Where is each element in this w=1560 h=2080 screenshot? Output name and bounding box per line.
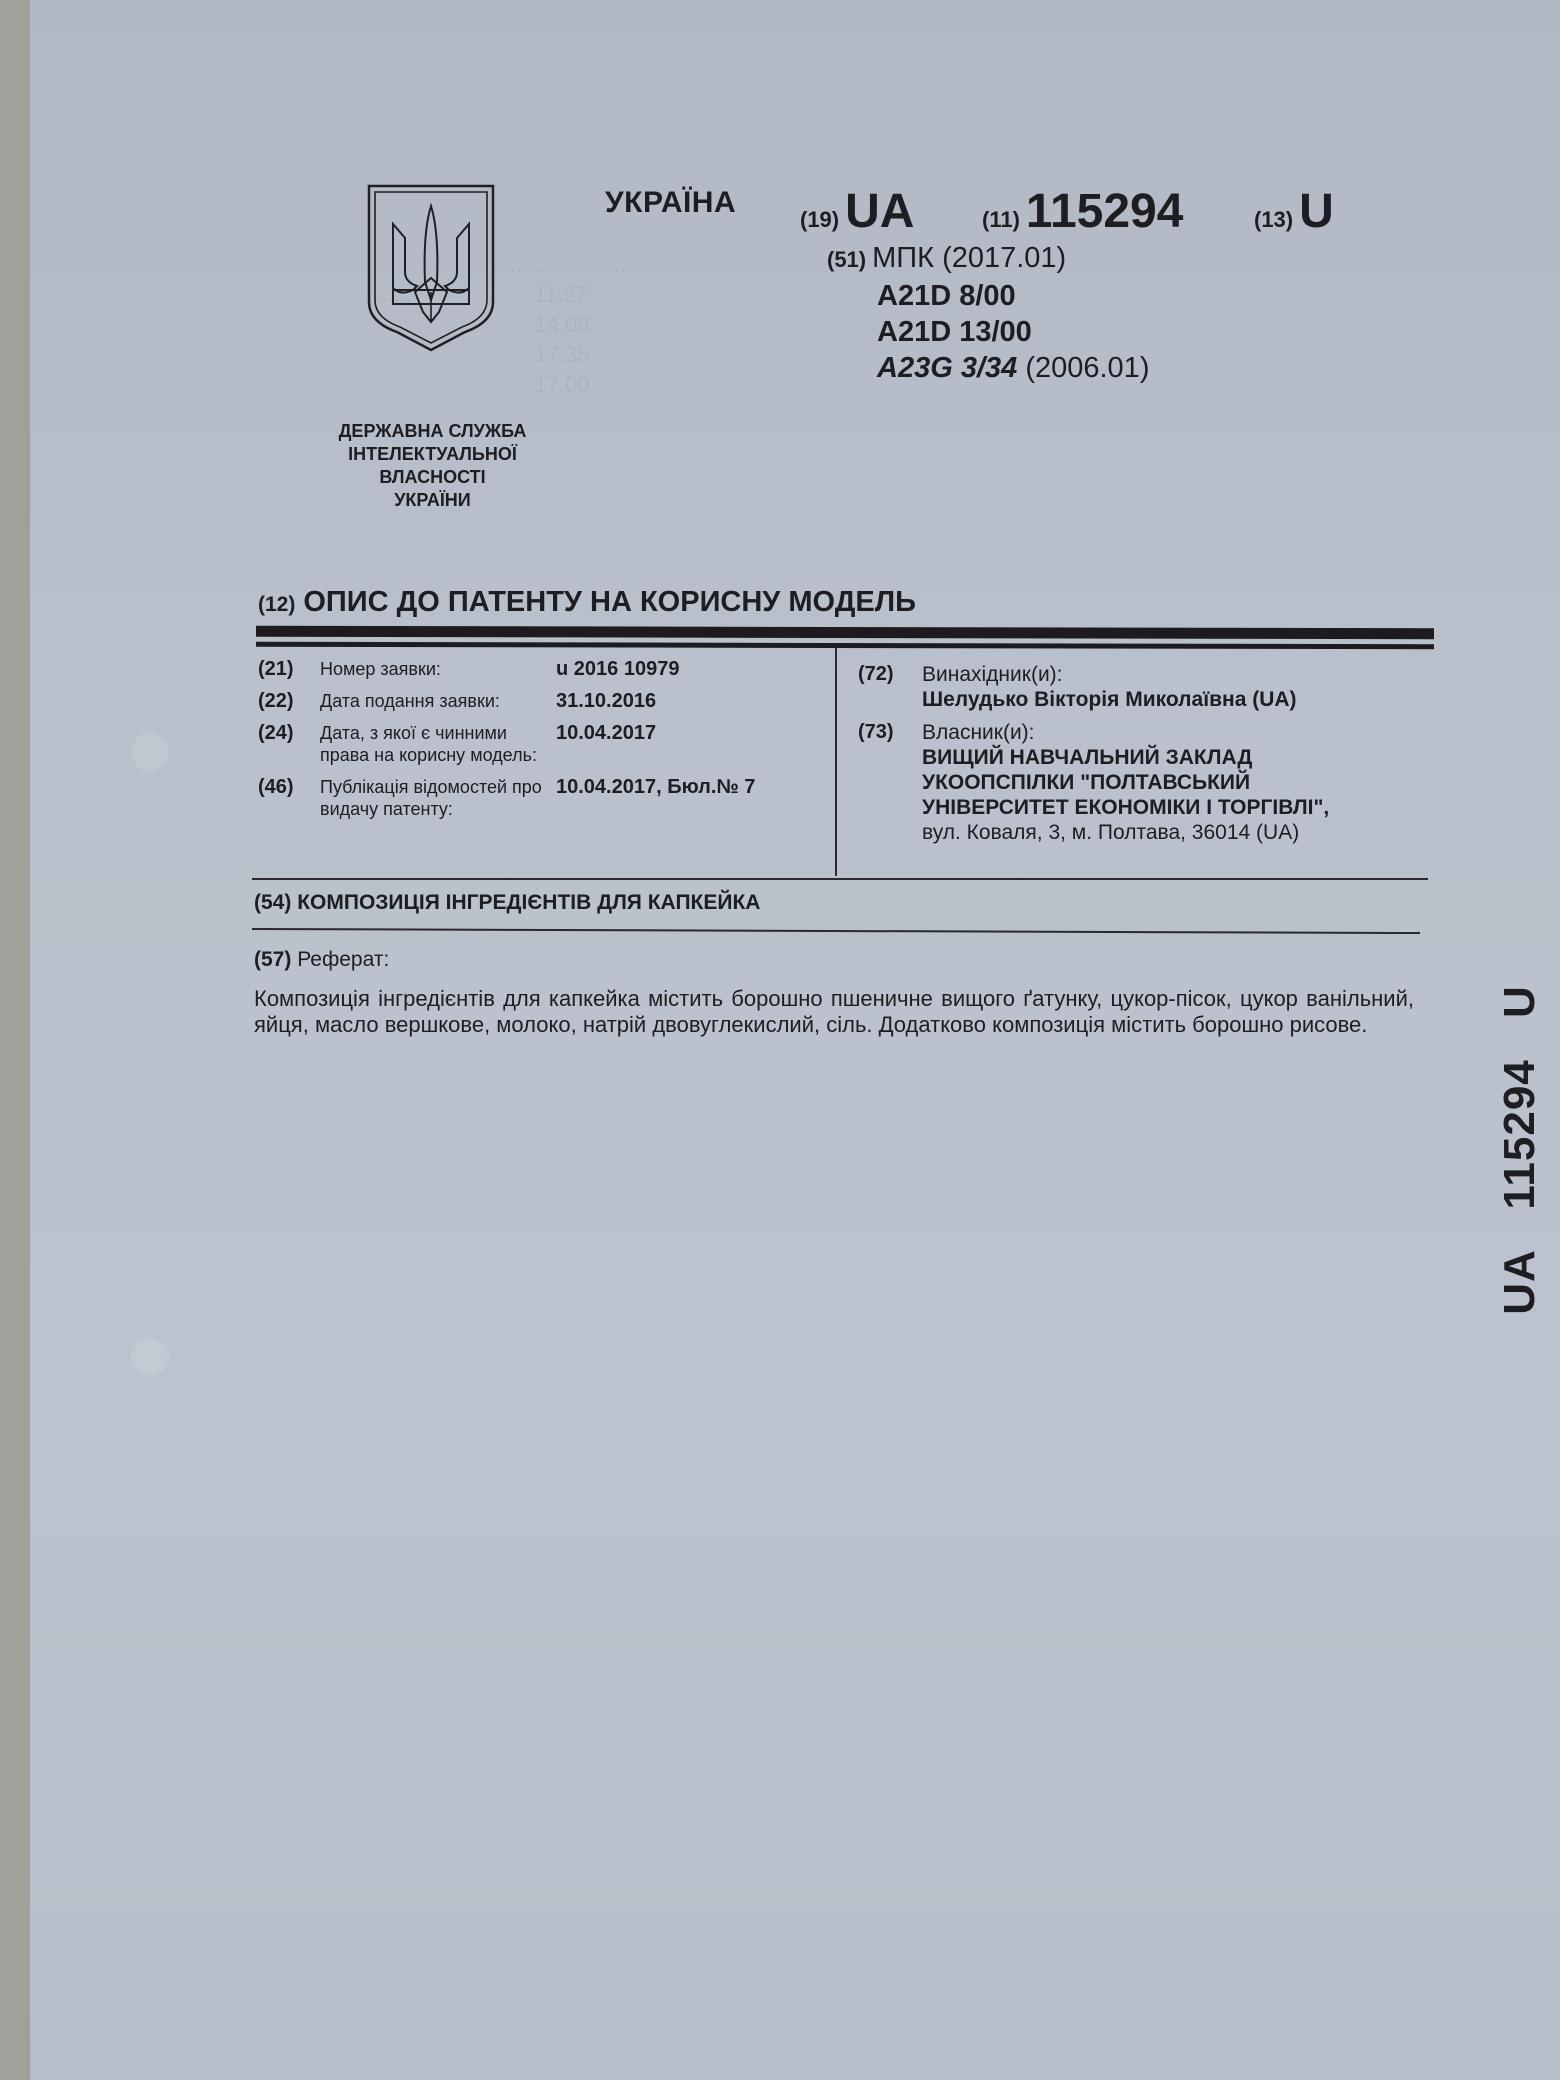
office-name-line: ВЛАСНОСТІ (300, 466, 565, 489)
field-label: Номер заявки: (320, 658, 548, 680)
abstract-text: Композиція інгредієнтів для капкейка міс… (254, 986, 1414, 1038)
ipc-version: (2006.01) (1025, 352, 1149, 384)
inid-12: (12) (258, 593, 295, 617)
country-code-value: UA (845, 184, 914, 239)
country-code: (19) UA (800, 184, 914, 239)
inid-21: (21) (258, 658, 320, 680)
divider (252, 928, 1420, 934)
patent-page: . ........... ...... ...... 11,27 14,08 … (30, 0, 1560, 2080)
inid-57: (57) (254, 948, 291, 971)
effective-date-row: (24) Дата, з якої є чинними права на кор… (258, 722, 828, 766)
owners-label: Власник(и): (922, 720, 1438, 745)
divider-thin (256, 642, 1434, 649)
ipc-code: A21D 13/00 (877, 316, 1032, 348)
tryzub-coat-of-arms-icon (365, 182, 497, 354)
inid-13: (13) (1254, 207, 1293, 233)
owner-name-line: ВИЩИЙ НАВЧАЛЬНИЙ ЗАКЛАД (922, 745, 1438, 770)
title-text: КОМПОЗИЦІЯ ІНГРЕДІЄНТІВ ДЛЯ КАПКЕЙКА (297, 891, 760, 914)
inid-73: (73) (858, 720, 922, 845)
ipc-code: A21D 8/00 (877, 280, 1016, 312)
inid-72: (72) (858, 662, 922, 712)
abstract-heading: (57) Реферат: (254, 948, 389, 972)
inid-22: (22) (258, 690, 320, 712)
kind-code: (13) U (1254, 184, 1334, 239)
ipc-class: A21D 13/00 (827, 314, 1149, 350)
field-value: 31.10.2016 (548, 690, 828, 712)
divider (252, 878, 1428, 880)
ipc-label: МПК (2017.01) (872, 242, 1066, 274)
publication-date-row: (46) Публікація відомостей про видачу па… (258, 776, 828, 820)
owner-name-line: УНІВЕРСИТЕТ ЕКОНОМІКИ І ТОРГІВЛІ", (922, 795, 1438, 820)
patent-number-value: 115294 (1026, 184, 1184, 239)
field-value: 10.04.2017 (548, 722, 828, 766)
utility-model-title: (54) КОМПОЗИЦІЯ ІНГРЕДІЄНТІВ ДЛЯ КАПКЕЙК… (254, 891, 760, 915)
inventor-name: Шелудько Вікторія Миколаївна (UA) (922, 687, 1438, 712)
ipc-code: A23G 3/34 (877, 352, 1017, 384)
inid-54: (54) (254, 891, 291, 914)
office-name-line: ІНТЕЛЕКТУАЛЬНОЇ (300, 443, 565, 466)
application-number-row: (21) Номер заявки: u 2016 10979 (258, 658, 828, 680)
inid-51: (51) (827, 247, 866, 272)
field-label: Дата подання заявки: (320, 690, 548, 712)
ipc-class: A21D 8/00 (827, 278, 1149, 314)
patent-number: (11) 115294 (982, 184, 1183, 239)
owner-address: вул. Коваля, 3, м. Полтава, 36014 (UA) (922, 820, 1438, 845)
office-name-line: ДЕРЖАВНА СЛУЖБА (300, 420, 565, 443)
ipc-class: A23G 3/34 (2006.01) (827, 350, 1149, 386)
office-name-line: УКРАЇНИ (300, 489, 565, 512)
inid-24: (24) (258, 722, 320, 766)
ipc-header: (51)МПК (2017.01) (827, 240, 1149, 278)
field-value: u 2016 10979 (548, 658, 828, 680)
field-value: 10.04.2017, Бюл.№ 7 (548, 776, 828, 820)
inid-19: (19) (800, 207, 839, 233)
owners: (73) Власник(и): ВИЩИЙ НАВЧАЛЬНИЙ ЗАКЛАД… (858, 720, 1438, 845)
field-label: Дата, з якої є чинними права на корисну … (320, 722, 548, 766)
inid-46: (46) (258, 776, 320, 820)
vertical-document-code: UA 115294 U (1495, 985, 1545, 1315)
document-kind-heading: (12) ОПИС ДО ПАТЕНТУ НА КОРИСНУ МОДЕЛЬ (258, 586, 916, 619)
bibliographic-data-right: (72) Винахідник(и): Шелудько Вікторія Ми… (858, 662, 1438, 853)
inid-11: (11) (982, 207, 1020, 233)
punch-hole (128, 1335, 172, 1379)
country-name: УКРАЇНА (605, 186, 736, 220)
document-kind-title: ОПИС ДО ПАТЕНТУ НА КОРИСНУ МОДЕЛЬ (303, 586, 916, 619)
owner-name-line: УКООПСПІЛКИ "ПОЛТАВСЬКИЙ (922, 770, 1438, 795)
filing-date-row: (22) Дата подання заявки: 31.10.2016 (258, 690, 828, 712)
column-divider (835, 648, 837, 876)
ipc-classification: (51)МПК (2017.01) A21D 8/00 A21D 13/00 A… (827, 240, 1149, 386)
office-name: ДЕРЖАВНА СЛУЖБА ІНТЕЛЕКТУАЛЬНОЇ ВЛАСНОСТ… (300, 420, 565, 512)
punch-hole (128, 730, 172, 774)
field-label: Публікація відомостей про видачу патенту… (320, 776, 548, 820)
abstract-label: Реферат: (297, 948, 389, 971)
inventors-label: Винахідник(и): (922, 662, 1438, 687)
divider-thick (256, 626, 1434, 639)
bibliographic-data-left: (21) Номер заявки: u 2016 10979 (22) Дат… (258, 658, 828, 830)
inventors: (72) Винахідник(и): Шелудько Вікторія Ми… (858, 662, 1438, 712)
kind-code-value: U (1299, 184, 1334, 239)
